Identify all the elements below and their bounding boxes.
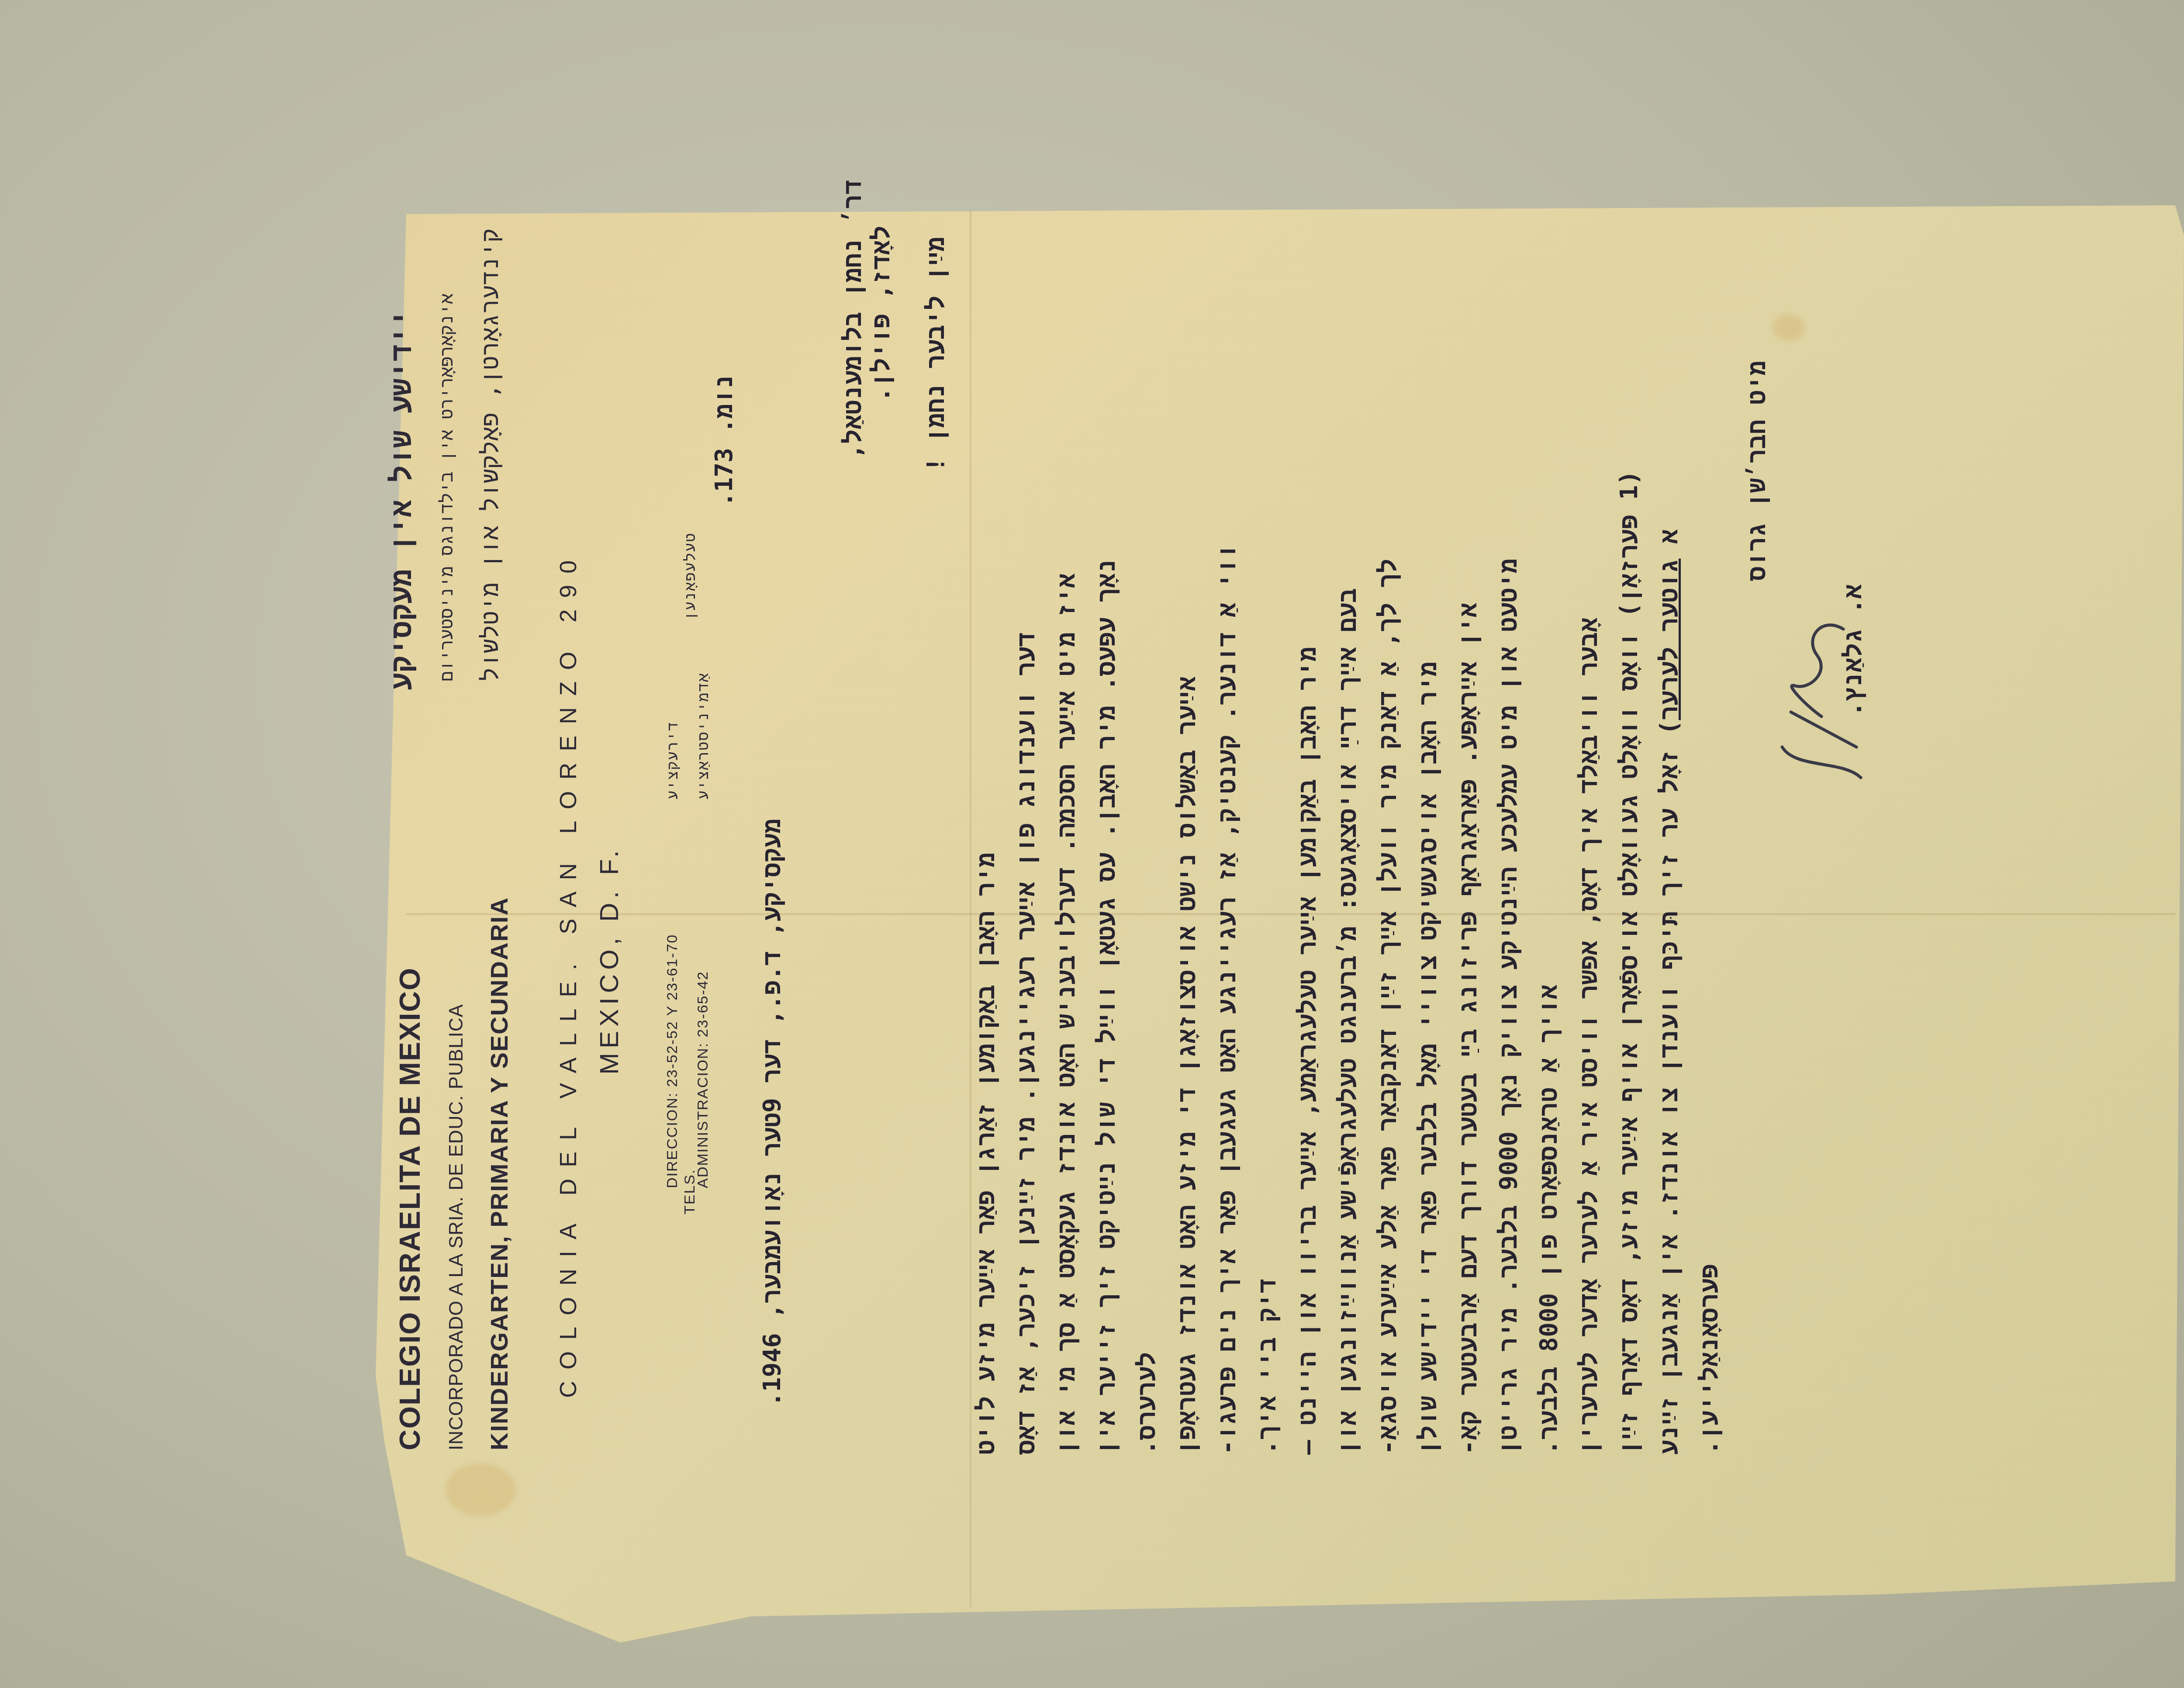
body-line: דער ווענדונג פון אײַער רעגיינגען. מיר זײ…: [1012, 632, 1042, 1455]
incorporation-line: INCORPORADO A LA SRIA. DE EDUC. PUBLICA: [446, 1004, 467, 1450]
body-line: בעם אײַך דרײַ אויסצאָגעס: מ׳ברענגט טעלעג…: [1334, 588, 1363, 1455]
body-line: דיק ביי איך.: [1253, 1278, 1283, 1455]
tel-administracion-yiddish: אַדמיניסטראַציע: [695, 672, 713, 799]
tel-direccion: DIRECCION: 23-52-52 Y 23-61-70: [664, 934, 681, 1188]
fold-line: [970, 210, 971, 1608]
body-line: ווי אַ דונער. קענטיק, אַז רעגיינגע האָט …: [1213, 544, 1243, 1455]
body-line: לך לך, אַ דאַנק מיר וועלן אײַך זײַן דאַנ…: [1374, 559, 1403, 1455]
body-line: אויך אַ טראַנספּאָרט פון 8000 בלבער.: [1534, 985, 1564, 1455]
salutation: מײַן ליבער נחמן !: [922, 237, 951, 472]
recipient-name: דר׳ נחמן בלומענטאַל,: [839, 180, 868, 459]
body-line: אײַער באַשלוס נישט אויסצוזאָגן די מיזע ה…: [1173, 676, 1203, 1455]
body-line: (1 פּערזאָן) וואָס וואָלט געוואָלט אויספ…: [1615, 470, 1645, 1455]
letter-date: מעקסיקע, ד.פ., דער 9טער נאָוועמבער, 1946…: [758, 819, 788, 1407]
body-line: פּערסאָנאַלייען.: [1695, 1264, 1725, 1455]
stain: [446, 1463, 515, 1516]
body-line: אין אײַראָפּע. פּאַראַגראַף פּריזונג בײַ…: [1454, 603, 1484, 1455]
body-line: איז מיט אײַער הסכמה. דערלויבעניש האָט או…: [1052, 573, 1082, 1455]
body-line: מיר האָבן באַקומען זאַרגן פאַר אײַער מיז…: [972, 852, 1002, 1455]
school-levels-yiddish: קינדערגאָרטן, פאָלקשול און מיטלשול: [476, 228, 505, 681]
incorporation-line-yiddish: אינקאָרפּאָרירט אין בילדונגס מיניסטעריום: [437, 294, 458, 681]
body-line: לערערס.: [1133, 1352, 1162, 1455]
body-line: מיר האָבן אויסגעשיקט צוויי מאָל בלבער פא…: [1414, 661, 1444, 1455]
body-line: מיר האָבן באַקומען אײַער טעלעגראַמע, אײַ…: [1293, 647, 1323, 1455]
body-line: מיטעט און מיט עמלעכע הײַנטיקע צוויק נאָך…: [1494, 558, 1524, 1455]
recipient-city: לאָדז, פּוילן.: [867, 225, 897, 402]
underlined-phrase: גוטער לערער: [1655, 559, 1683, 720]
fold-line: [406, 913, 2175, 915]
signature-icon: [1756, 603, 1870, 786]
school-city: MEXICO, D. F.: [594, 846, 624, 1075]
school-address: COLONIA DEL VALLE. SAN LORENZO 290: [555, 549, 582, 1398]
tel-administracion: ADMINISTRACION: 23-65-42: [695, 971, 712, 1188]
body-line: נאָך עפּעס. מיר האָבן. עס געטאָן ווײַל ד…: [1092, 559, 1122, 1455]
tel-label-yiddish: טעלעפאָנען: [681, 532, 700, 620]
stain: [1773, 315, 1804, 341]
letter-page: [0, 0, 2184, 1688]
tel-direccion-yiddish: דירעקציע: [664, 721, 682, 799]
body-line: א גוטער לערער) זאָל ער זיך תּיכּף ווענדן…: [1655, 529, 1685, 1455]
letter-number: נומ. 173.: [710, 374, 740, 507]
body-line: אָבער וויבאַלד איך דאָס, אפשר וויסט איר …: [1575, 617, 1604, 1455]
school-levels: KINDERGARTEN, PRIMARIA Y SECUNDARIA: [485, 897, 513, 1450]
school-name: COLEGIO ISRAELITA DE MEXICO: [393, 967, 426, 1450]
school-name-yiddish: יידישע שול אין מעקסיקע: [384, 309, 420, 690]
closing: מיט חבר׳שן גרוס: [1743, 361, 1773, 581]
